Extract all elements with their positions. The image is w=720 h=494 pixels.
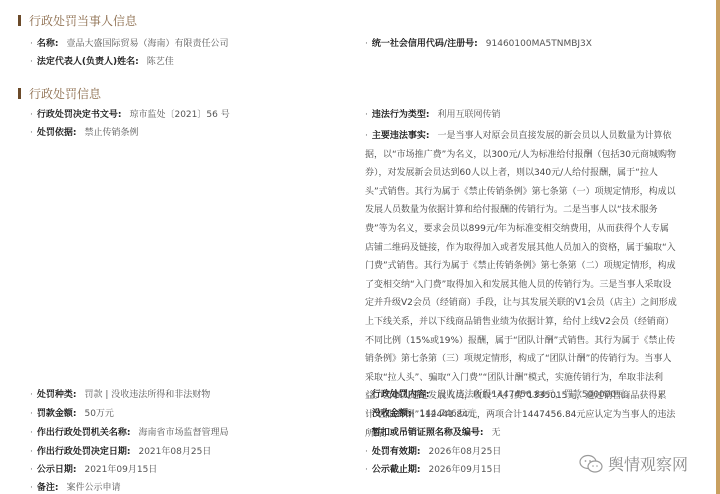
field-legal-rep: ·法定代表人(负责人)姓名:陈艺佳	[30, 56, 174, 69]
field-license: ·暂扣或吊销证照名称及编号:无	[365, 427, 501, 440]
document-page: 行政处罚当事人信息 ·名称:壹品大盛国际贸易（海南）有限责任公司 ·统一社会信用…	[0, 0, 720, 494]
section-title-penalty: 行政处罚信息	[18, 85, 101, 102]
field-authority: ·作出行政处罚机关名称:海南省市场监督管理局	[30, 427, 229, 440]
section-bar-icon	[18, 15, 21, 26]
field-name: ·名称:壹品大盛国际贸易（海南）有限责任公司	[30, 38, 229, 51]
section-title-text: 行政处罚信息	[29, 85, 101, 102]
right-accent-border	[716, 0, 720, 494]
field-category: ·处罚种类:罚款 | 没收违法所得和非法财物	[30, 389, 210, 402]
field-publish-date: ·公示日期:2021年09月15日	[30, 464, 157, 477]
field-remarks: ·备注:案件公示申请	[30, 482, 121, 494]
field-fine-amount: ·罚款金额:50万元	[30, 408, 114, 421]
field-confiscation-amount: ·没收金额:144.746万元	[365, 408, 475, 421]
field-publish-end: ·公示截止期:2026年09月15日	[365, 464, 501, 477]
section-bar-icon	[18, 88, 21, 99]
field-basis: ·处罚依据:禁止传销条例	[30, 127, 139, 140]
field-decision-no: ·行政处罚决定书文号:琼市监处〔2021〕56 号	[30, 109, 230, 122]
field-decision-date: ·作出行政处罚决定日期:2021年08月25日	[30, 446, 211, 459]
watermark-text: 舆情观察网	[608, 452, 688, 475]
section-title-party: 行政处罚当事人信息	[18, 12, 137, 29]
field-valid-until: ·处罚有效期:2026年08月25日	[365, 446, 501, 459]
wechat-icon	[578, 454, 604, 474]
section-title-text: 行政处罚当事人信息	[29, 12, 137, 29]
field-content: ·行政处罚内容:没收违法所得1447456.84元，罚款500000元。	[365, 389, 634, 402]
field-violation-type: ·违法行为类型:利用互联网传销	[365, 109, 501, 122]
field-credit-code: ·统一社会信用代码/注册号:91460100MA5TNMBJ3X	[365, 38, 592, 51]
watermark: 舆情观察网	[578, 452, 688, 475]
